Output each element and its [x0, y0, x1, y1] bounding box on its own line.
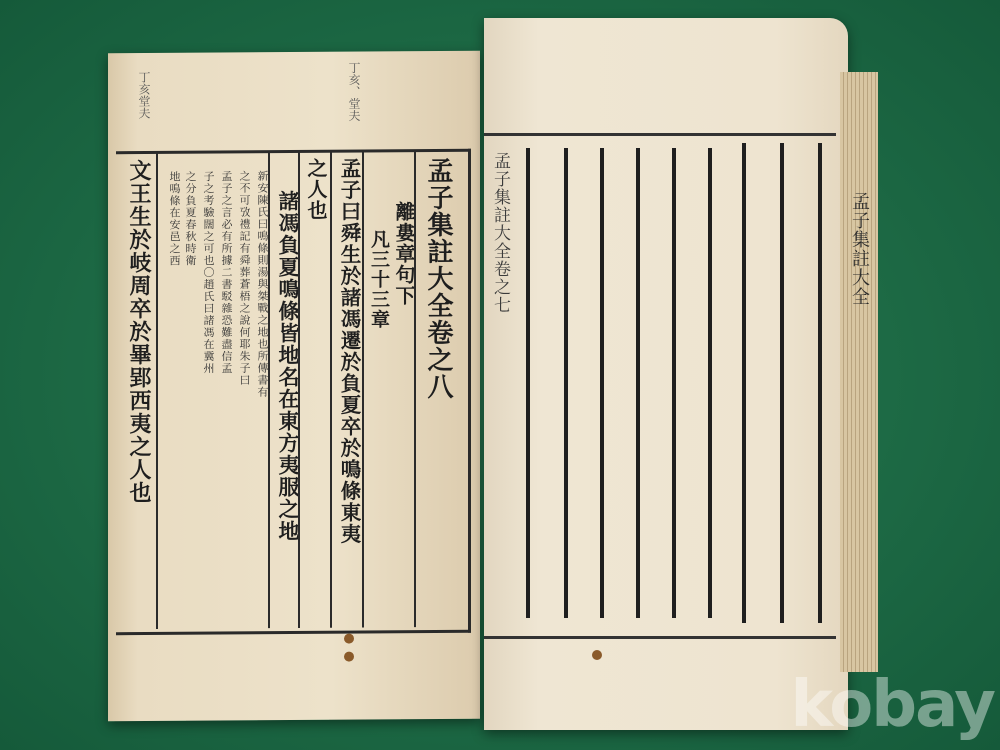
- main-text-line-1: 孟子曰舜生於諸馮遷於負夏卒於鳴條東夷: [334, 158, 364, 545]
- commentary-line-4: 子之考驗闊之可也〇趙氏曰諸馮在冀州: [200, 171, 216, 375]
- column-rule: [362, 152, 364, 628]
- volume-title-reverse: 孟子集註大全卷之七: [488, 152, 513, 314]
- column-rule: [330, 152, 332, 628]
- handwritten-note-2: 丁亥、堂夫: [346, 62, 363, 122]
- page-stack-edge: 孟子集註大全: [840, 72, 878, 672]
- column-rule: [636, 148, 640, 618]
- binding-thread: [344, 652, 354, 662]
- column-rule: [298, 152, 300, 628]
- column-rule: [742, 143, 746, 623]
- column-rule: [156, 153, 158, 629]
- commentary-line-5: 之分負夏春秋時衛: [182, 171, 198, 267]
- column-rule: [268, 152, 270, 628]
- binding-thread: [344, 634, 354, 644]
- column-rule: [526, 148, 530, 618]
- volume-title: 孟子集註大全卷之八: [420, 157, 457, 400]
- spine-label: 孟子集註大全: [846, 192, 872, 306]
- column-rule: [708, 148, 712, 618]
- left-page: 丁亥堂夫 丁亥、堂夫 孟子集註大全卷之八 離婁章句下 凡三十三章 孟子曰舜生於諸…: [108, 51, 480, 722]
- column-rule: [672, 148, 676, 618]
- column-rule: [600, 148, 604, 618]
- column-rule: [818, 143, 822, 623]
- binding-thread: [592, 650, 602, 660]
- column-rule: [414, 151, 416, 627]
- column-rule: [780, 143, 784, 623]
- right-page: 孟子集註大全卷之七: [484, 18, 848, 730]
- handwritten-note-1: 丁亥堂夫: [136, 71, 153, 119]
- column-rule: [564, 148, 568, 618]
- commentary-line-6: 地鳴條在安邑之西: [166, 171, 182, 267]
- main-text-line-2: 之人也: [302, 158, 331, 221]
- watermark: kobay: [790, 668, 994, 742]
- chapter-count: 凡三十三章: [366, 229, 393, 329]
- main-text-line-4: 文王生於岐周卒於畢郢西夷之人也: [124, 159, 155, 504]
- commentary-line-3: 孟子之言必有所據二書駁雜恐難盡信孟: [218, 170, 234, 374]
- commentary-line-2: 之不可攷禮記有舜葬蒼梧之說何耶朱子曰: [236, 170, 252, 386]
